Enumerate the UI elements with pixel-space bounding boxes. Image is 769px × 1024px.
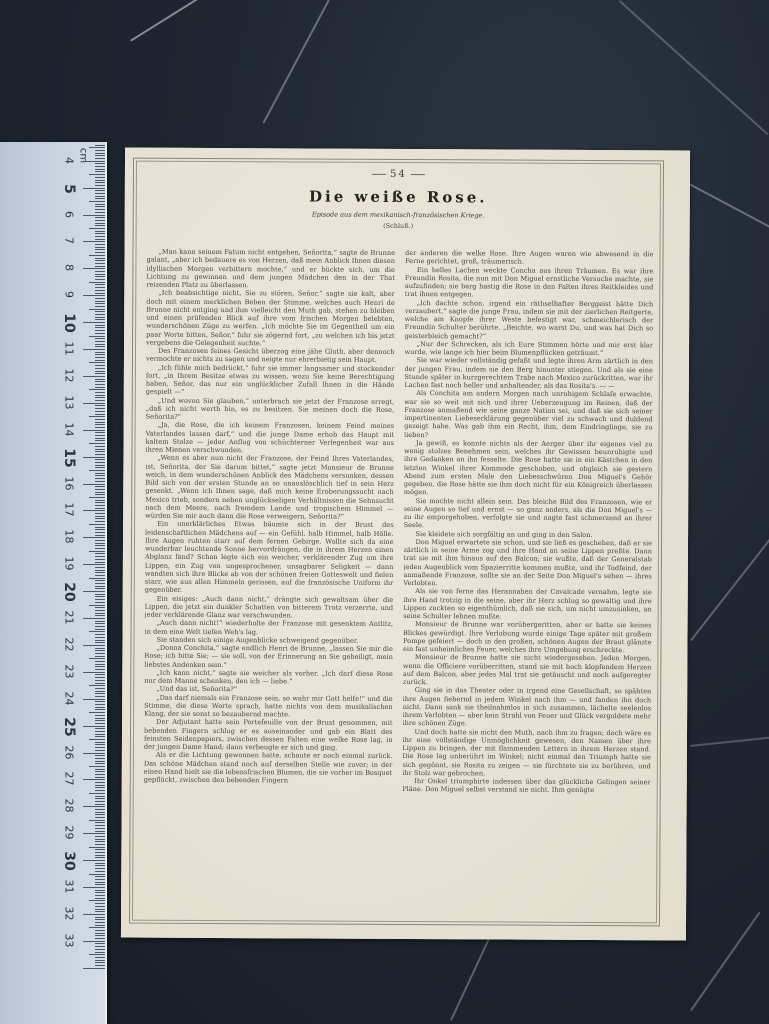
ruler-tick — [95, 828, 105, 829]
ruler-number: 15 — [61, 448, 77, 468]
ruler-tick — [95, 962, 105, 963]
ruler-number: 32 — [63, 903, 76, 923]
ruler-tick — [95, 855, 105, 856]
ruler-tick — [95, 731, 105, 732]
ruler-tick — [89, 551, 105, 552]
ruler-tick — [95, 938, 105, 939]
ruler-tick — [95, 260, 105, 261]
ruler-number: 30 — [61, 851, 77, 871]
ruler-tick — [83, 188, 105, 189]
ruler-tick — [95, 817, 105, 818]
ruler-tick — [95, 804, 105, 805]
ruler-tick — [95, 629, 105, 630]
ruler-tick — [95, 303, 105, 304]
ruler-tick — [95, 763, 105, 764]
ruler-tick — [95, 231, 105, 232]
ruler-tick — [89, 309, 105, 310]
ornament-dash — [411, 174, 425, 175]
ruler-tick — [95, 707, 105, 708]
ruler-tick — [83, 914, 105, 915]
ruler-tick — [95, 263, 105, 264]
ruler-tick — [95, 317, 105, 318]
ruler-tick — [95, 610, 105, 611]
ruler-tick — [95, 599, 105, 600]
ruler-tick — [95, 274, 105, 275]
ruler-tick — [95, 769, 105, 770]
ruler-tick — [95, 796, 105, 797]
ruler-tick — [95, 790, 105, 791]
ruler-tick — [95, 879, 105, 880]
ruler-tick — [95, 494, 105, 495]
ruler-tick — [95, 408, 105, 409]
ruler-tick — [95, 314, 105, 315]
ruler-tick — [95, 462, 105, 463]
paragraph: der anderen die welke Rose. Ihre Augen w… — [405, 249, 654, 267]
ruler-tick — [95, 505, 105, 506]
ruler-tick — [95, 903, 105, 904]
paragraph: Ein eisiges: „Auch dann nicht,“ drängte … — [145, 594, 394, 620]
ruler-tick — [95, 715, 105, 716]
ruler-tick — [95, 701, 105, 702]
ruler-number: 7 — [63, 231, 76, 251]
page-number: 54 — [136, 168, 661, 182]
ruler-tick — [95, 562, 105, 563]
ruler-tick — [95, 193, 105, 194]
ruler-tick — [95, 653, 105, 654]
ruler-tick — [95, 338, 105, 339]
ruler-tick — [95, 454, 105, 455]
ruler-tick — [95, 330, 105, 331]
ruler-tick — [95, 691, 105, 692]
ruler-tick — [95, 473, 105, 474]
ruler-tick — [95, 822, 105, 823]
ruler-tick — [95, 720, 105, 721]
ruler-tick — [95, 747, 105, 748]
ruler-tick — [83, 618, 105, 619]
ruler-tick — [95, 206, 105, 207]
ruler-number: 20 — [61, 582, 77, 602]
ruler-tick — [89, 739, 105, 740]
ruler-tick — [95, 831, 105, 832]
ruler-tick — [95, 949, 105, 950]
paragraph: Ein helles Lachen weckte Concha aus ihre… — [405, 265, 654, 299]
ruler-tick — [95, 882, 105, 883]
ruler-tick — [95, 384, 105, 385]
ruler-tick — [89, 658, 105, 659]
ruler-tick — [95, 346, 105, 347]
ruler-tick — [95, 933, 105, 934]
ruler-number: 6 — [63, 204, 76, 224]
ruler-tick — [95, 395, 105, 396]
paragraph: „Wenn es aber nun nicht der Franzose, de… — [145, 454, 394, 521]
ruler-tick — [95, 492, 105, 493]
ruler-tick — [89, 147, 105, 148]
ornament-dash — [372, 174, 386, 175]
ruler-tick — [95, 489, 105, 490]
ruler-tick — [89, 201, 105, 202]
ruler-tick — [95, 677, 105, 678]
ruler-unit-label: cm — [78, 146, 89, 166]
paragraph: Als Conchita am andern Morgen nach unruh… — [404, 389, 653, 440]
ruler-tick — [95, 327, 105, 328]
ruler-tick — [89, 255, 105, 256]
ruler-tick — [89, 336, 105, 337]
ruler-tick — [95, 529, 105, 530]
ruler-tick — [95, 435, 105, 436]
ruler-tick — [95, 758, 105, 759]
ruler-tick — [95, 634, 105, 635]
paragraph: Monsieur de Brunne war vorübergeritten, … — [403, 620, 652, 654]
ruler-tick — [95, 965, 105, 966]
ruler-tick — [95, 153, 105, 154]
ruler-tick — [95, 935, 105, 936]
ruler-tick — [83, 241, 105, 242]
ruler-tick — [95, 325, 105, 326]
ruler-tick — [95, 849, 105, 850]
ruler-tick — [95, 922, 105, 923]
ruler-tick — [95, 217, 105, 218]
ruler-number: 10 — [61, 313, 77, 333]
ruler-tick — [89, 389, 105, 390]
ruler-tick — [95, 513, 105, 514]
ruler-tick — [95, 548, 105, 549]
paragraph: „Ich kann nicht,“ sagte sie weicher als … — [144, 668, 393, 686]
ruler-tick — [95, 223, 105, 224]
paragraph: Als er die Lichtung gewonnen hatte, scha… — [144, 751, 393, 785]
ruler-tick — [95, 836, 105, 837]
paragraph: „Ich fühle mich bedrückt,“ fuhr sie imme… — [146, 363, 395, 397]
ruler-tick — [95, 693, 105, 694]
ruler-tick — [95, 755, 105, 756]
ruler-tick — [95, 449, 105, 450]
ruler-tick — [95, 518, 105, 519]
ruler-tick — [95, 553, 105, 554]
ruler-tick — [95, 917, 105, 918]
ruler-tick — [83, 484, 105, 485]
ruler-tick — [95, 233, 105, 234]
ruler-tick — [95, 177, 105, 178]
ruler-number: 28 — [63, 796, 76, 816]
ruler-tick — [95, 290, 105, 291]
ruler-tick — [95, 570, 105, 571]
ruler-tick — [95, 545, 105, 546]
ruler-tick — [95, 844, 105, 845]
ruler-tick — [89, 605, 105, 606]
ruler-tick — [89, 900, 105, 901]
ruler-tick — [95, 683, 105, 684]
ruler-tick — [95, 373, 105, 374]
ruler-tick — [95, 166, 105, 167]
ruler-tick — [95, 532, 105, 533]
ruler-tick — [95, 930, 105, 931]
ruler-number: 29 — [63, 823, 76, 843]
ruler-tick — [95, 298, 105, 299]
ruler-tick — [95, 155, 105, 156]
ruler-tick — [95, 150, 105, 151]
ruler-tick — [95, 825, 105, 826]
ruler-tick — [95, 521, 105, 522]
ruler-tick — [95, 661, 105, 662]
ruler-tick — [95, 777, 105, 778]
ruler-tick — [95, 212, 105, 213]
paragraph: Ging sie in das Theater oder in irgend e… — [403, 686, 652, 729]
ruler-tick — [89, 228, 105, 229]
ruler-tick — [95, 664, 105, 665]
ruler-tick — [95, 957, 105, 958]
ruler-tick — [95, 613, 105, 614]
ruler-tick — [95, 352, 105, 353]
ruler-tick — [89, 443, 105, 444]
ruler-tick — [95, 145, 105, 146]
text-column-right: der anderen die welke Rose. Ihre Augen w… — [402, 249, 654, 918]
ruler-tick — [89, 927, 105, 928]
ruler-tick — [89, 874, 105, 875]
ruler-number: 19 — [63, 554, 76, 574]
ruler-tick — [95, 225, 105, 226]
ruler-tick — [89, 524, 105, 525]
ruler-tick — [95, 465, 105, 466]
ruler-tick — [95, 640, 105, 641]
ruler-tick — [83, 860, 105, 861]
ruler-tick — [83, 457, 105, 458]
ruler-tick — [95, 236, 105, 237]
ruler-tick — [95, 446, 105, 447]
ruler-tick — [95, 319, 105, 320]
ruler-tick — [95, 258, 105, 259]
paragraph: Ein unerklärliches Etwas bäumte sich in … — [145, 520, 394, 596]
ruler-tick — [95, 171, 105, 172]
ruler-tick — [95, 379, 105, 380]
ruler-tick — [95, 782, 105, 783]
ruler-tick — [89, 954, 105, 955]
ruler-tick — [89, 820, 105, 821]
ruler-tick — [95, 354, 105, 355]
paragraph: Des Franzosen feines Gesicht überzog ein… — [146, 347, 395, 365]
paragraph: „Donna Conchita,“ sagte endlich Henri de… — [144, 644, 393, 670]
ruler-tick — [83, 941, 105, 942]
ruler-tick — [89, 793, 105, 794]
ruler-tick — [95, 244, 105, 245]
ruler-tick — [95, 311, 105, 312]
ruler-tick — [95, 728, 105, 729]
ruler-number: 16 — [63, 473, 76, 493]
ruler-tick — [95, 535, 105, 536]
ruler-tick — [95, 440, 105, 441]
ruler-tick — [83, 806, 105, 807]
ruler-tick — [95, 771, 105, 772]
ruler-tick — [95, 588, 105, 589]
ruler-tick — [95, 898, 105, 899]
ruler-number: 18 — [63, 527, 76, 547]
ruler-tick — [95, 180, 105, 181]
paragraph: „Ich beabsichtige nicht, Sie zu stören, … — [146, 289, 395, 348]
ruler-tick — [95, 333, 105, 334]
ruler-tick — [95, 774, 105, 775]
ruler-tick — [95, 567, 105, 568]
ruler-tick — [95, 381, 105, 382]
ruler-tick — [95, 424, 105, 425]
ruler-tick — [83, 349, 105, 350]
ruler-tick — [95, 871, 105, 872]
ruler-tick — [95, 812, 105, 813]
ruler-tick — [95, 540, 105, 541]
paragraph: Sie war wieder vollständig gefaßt und le… — [404, 356, 653, 390]
ruler-tick — [95, 787, 105, 788]
article-body: „Man kann seinem Fatum nicht entgehen, S… — [143, 248, 653, 919]
ruler-number: 23 — [63, 661, 76, 681]
ruler-tick — [95, 508, 105, 509]
ruler-tick — [95, 438, 105, 439]
ruler-tick — [95, 344, 105, 345]
ruler-number: 4 — [63, 150, 76, 170]
ruler-tick — [83, 161, 105, 162]
ruler-tick — [95, 419, 105, 420]
paragraph: Monsieur de Brunne hatte sie nicht wiede… — [403, 653, 652, 687]
ruler-tick — [83, 376, 105, 377]
article-subtitle: Episode aus dem mexikanisch-französische… — [136, 210, 661, 221]
measuring-ruler: cm 4567891011121314151617181920212223242… — [0, 142, 107, 1024]
article-header: 54 Die weiße Rose. Episode aus dem mexik… — [136, 168, 661, 232]
ruler-tick — [83, 295, 105, 296]
ruler-tick — [95, 709, 105, 710]
ruler-tick — [95, 467, 105, 468]
ruler-tick — [95, 486, 105, 487]
ruler-tick — [83, 537, 105, 538]
ruler-number: 25 — [61, 717, 77, 737]
ruler-number: 24 — [63, 688, 76, 708]
ruler-tick — [95, 190, 105, 191]
ruler-tick — [95, 736, 105, 737]
ruler-tick — [95, 841, 105, 842]
ruler-tick — [95, 556, 105, 557]
ruler-tick — [95, 475, 105, 476]
ruler-tick — [95, 163, 105, 164]
ruler-tick — [83, 403, 105, 404]
ruler-tick — [95, 750, 105, 751]
ruler-tick — [95, 814, 105, 815]
ruler-tick — [95, 895, 105, 896]
ruler-tick — [95, 481, 105, 482]
ruler-tick — [95, 596, 105, 597]
ruler-tick — [89, 497, 105, 498]
ruler-tick — [95, 341, 105, 342]
ruler-tick — [95, 371, 105, 372]
ruler-tick — [95, 204, 105, 205]
ruler-tick — [95, 674, 105, 675]
ruler-tick — [83, 564, 105, 565]
ruler-tick — [95, 943, 105, 944]
ruler-tick — [83, 968, 105, 969]
ruler-tick — [95, 306, 105, 307]
ruler-tick — [95, 500, 105, 501]
ruler-tick — [95, 704, 105, 705]
ruler-tick — [83, 672, 105, 673]
ruler-tick — [95, 392, 105, 393]
magazine-page: 54 Die weiße Rose. Episode aus dem mexik… — [121, 148, 690, 941]
ruler-tick — [83, 591, 105, 592]
ruler-number: 22 — [63, 634, 76, 654]
ruler-tick — [95, 621, 105, 622]
ruler-tick — [95, 839, 105, 840]
ruler-tick — [95, 744, 105, 745]
ruler-tick — [95, 919, 105, 920]
ruler-tick — [95, 357, 105, 358]
ruler-tick — [95, 287, 105, 288]
ruler-number: 33 — [63, 930, 76, 950]
ruler-tick — [89, 362, 105, 363]
ruler-number: 26 — [63, 742, 76, 762]
ruler-tick — [95, 680, 105, 681]
ruler-tick — [95, 648, 105, 649]
ruler-tick — [95, 734, 105, 735]
ruler-number: 11 — [63, 339, 76, 359]
ruler-tick — [83, 833, 105, 834]
paragraph: „Das darf niemals ein Franzose sein, so … — [144, 693, 393, 719]
ruler-tick — [83, 268, 105, 269]
ruler-number: 12 — [63, 365, 76, 385]
ruler-tick — [95, 809, 105, 810]
ruler-tick — [83, 322, 105, 323]
ruler-tick — [95, 723, 105, 724]
paragraph: Und doch hatte sie nicht den Muth, nach … — [402, 727, 651, 778]
ruler-tick — [95, 911, 105, 912]
ruler-tick — [95, 669, 105, 670]
ruler-tick — [95, 239, 105, 240]
ruler-tick — [95, 247, 105, 248]
ruler-tick — [95, 185, 105, 186]
ruler-tick — [89, 282, 105, 283]
ruler-tick — [95, 301, 105, 302]
ruler-number: 13 — [63, 392, 76, 412]
paragraph: „Ich dachte schon, irgend ein räthselhaf… — [405, 298, 654, 341]
ruler-number: 14 — [63, 419, 76, 439]
ruler-tick — [89, 631, 105, 632]
ruler-tick — [95, 252, 105, 253]
ruler-tick — [95, 580, 105, 581]
text-column-left: „Man kann seinem Fatum nicht entgehen, S… — [143, 248, 395, 917]
ruler-tick — [95, 656, 105, 657]
ruler-tick — [95, 411, 105, 412]
ruler-tick — [95, 688, 105, 689]
ruler-tick — [89, 174, 105, 175]
ruler-tick — [89, 685, 105, 686]
ruler-tick — [95, 209, 105, 210]
ruler-number: 17 — [63, 500, 76, 520]
ruler-tick — [95, 196, 105, 197]
ruler-tick — [95, 868, 105, 869]
ruler-tick — [95, 293, 105, 294]
ruler-tick — [95, 502, 105, 503]
ruler-tick — [95, 276, 105, 277]
ruler-tick — [95, 696, 105, 697]
paragraph: „Ja, die Rose, die ich keinem Franzosen,… — [145, 421, 394, 455]
ruler-tick — [95, 432, 105, 433]
ruler-tick — [95, 946, 105, 947]
ruler-tick — [95, 387, 105, 388]
ruler-tick — [95, 890, 105, 891]
ruler-tick — [95, 583, 105, 584]
paragraph: Don Miguel erwartete sie schon, und sie … — [403, 538, 652, 589]
ruler-tick — [89, 470, 105, 471]
ruler-tick — [95, 892, 105, 893]
ruler-tick — [95, 266, 105, 267]
ruler-tick — [95, 852, 105, 853]
ruler-tick — [95, 960, 105, 961]
ruler-tick — [95, 220, 105, 221]
ruler-tick — [95, 607, 105, 608]
ruler-tick — [95, 876, 105, 877]
ruler-number: 21 — [63, 608, 76, 628]
